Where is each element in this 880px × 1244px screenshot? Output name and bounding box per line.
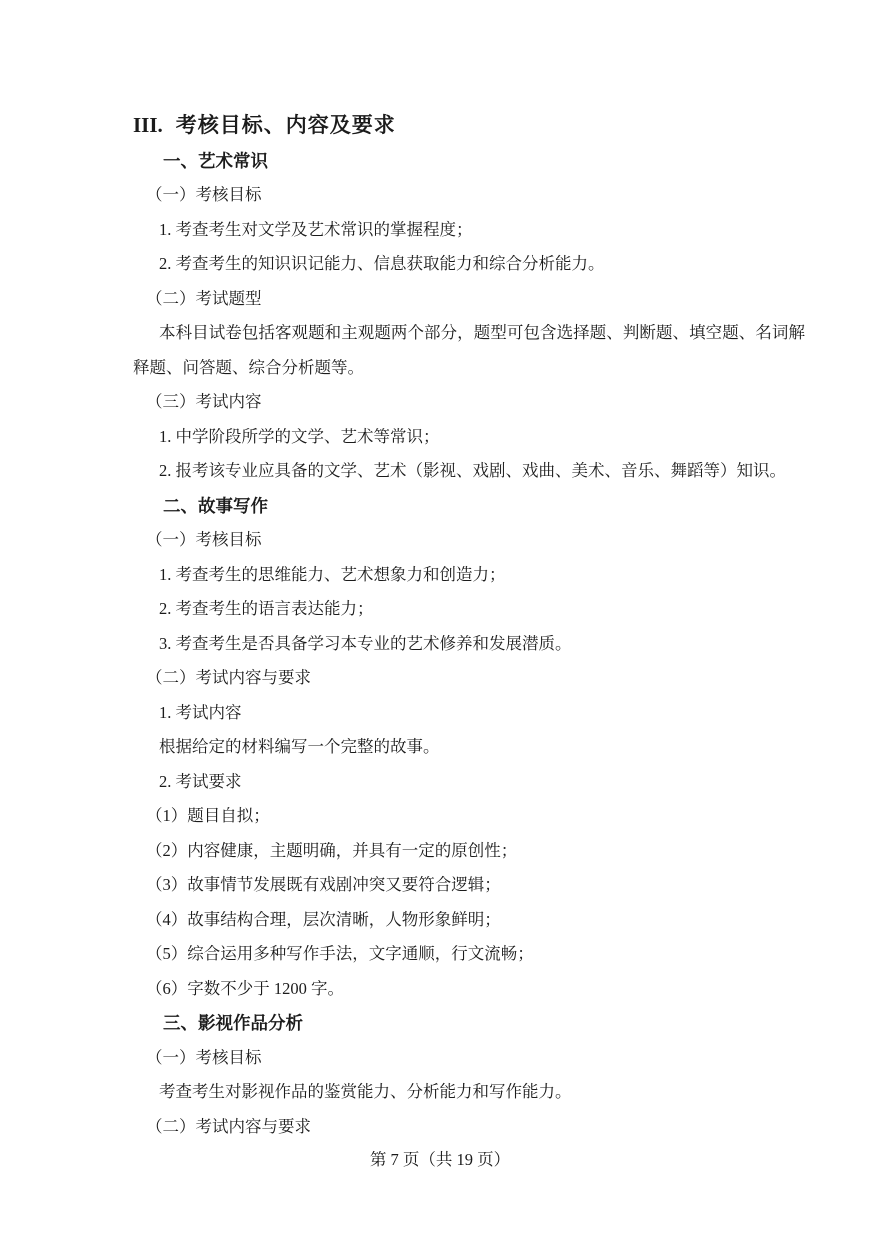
requirement-item: （5）综合运用多种写作手法，文字通顺，行文流畅； (133, 937, 805, 972)
numbered-item: 2. 考试要求 (133, 765, 805, 800)
requirement-item: （2）内容健康，主题明确，并具有一定的原创性； (133, 834, 805, 869)
numbered-item: 1. 考试内容 (133, 696, 805, 731)
body-paragraph: 本科目试卷包括客观题和主观题两个部分，题型可包含选择题、判断题、填空题、名词解释… (133, 316, 805, 385)
subsection-label: （二）考试题型 (133, 282, 805, 317)
subsection-label: （一）考核目标 (133, 523, 805, 558)
requirement-item: （1）题目自拟； (133, 799, 805, 834)
numbered-item: 3. 考查考生是否具备学习本专业的艺术修养和发展潜质。 (133, 627, 805, 662)
body-line: 考查考生对影视作品的鉴赏能力、分析能力和写作能力。 (133, 1075, 805, 1110)
numbered-item: 2. 考查考生的知识识记能力、信息获取能力和综合分析能力。 (133, 247, 805, 282)
numbered-item: 1. 考查考生对文学及艺术常识的掌握程度； (133, 213, 805, 248)
document-page: III.考核目标、内容及要求 一、艺术常识 （一）考核目标 1. 考查考生对文学… (0, 0, 880, 1244)
numbered-item: 1. 考查考生的思维能力、艺术想象力和创造力； (133, 558, 805, 593)
requirement-item: （4）故事结构合理，层次清晰，人物形象鲜明； (133, 903, 805, 938)
subsection-label: （一）考核目标 (133, 1041, 805, 1076)
numbered-item: 2. 报考该专业应具备的文学、艺术（影视、戏剧、戏曲、美术、音乐、舞蹈等）知识。 (133, 454, 805, 489)
section-heading: 一、艺术常识 (133, 144, 805, 179)
footer-page-number: 第 7 页（共 19 页） (0, 1143, 880, 1178)
requirement-item: （6）字数不少于 1200 字。 (133, 972, 805, 1007)
body-line: 根据给定的材料编写一个完整的故事。 (133, 730, 805, 765)
page-title-text: 考核目标、内容及要求 (176, 114, 396, 137)
section-heading: 三、影视作品分析 (133, 1006, 805, 1041)
subsection-label: （三）考试内容 (133, 385, 805, 420)
subsection-label: （二）考试内容与要求 (133, 661, 805, 696)
requirement-item: （3）故事情节发展既有戏剧冲突又要符合逻辑； (133, 868, 805, 903)
document-content: III.考核目标、内容及要求 一、艺术常识 （一）考核目标 1. 考查考生对文学… (133, 108, 805, 1144)
page-title: III.考核目标、内容及要求 (133, 108, 805, 144)
subsection-label: （一）考核目标 (133, 178, 805, 213)
page-title-numeral: III. (133, 113, 163, 137)
section-heading: 二、故事写作 (133, 489, 805, 524)
numbered-item: 2. 考查考生的语言表达能力； (133, 592, 805, 627)
numbered-item: 1. 中学阶段所学的文学、艺术等常识； (133, 420, 805, 455)
subsection-label: （二）考试内容与要求 (133, 1110, 805, 1145)
